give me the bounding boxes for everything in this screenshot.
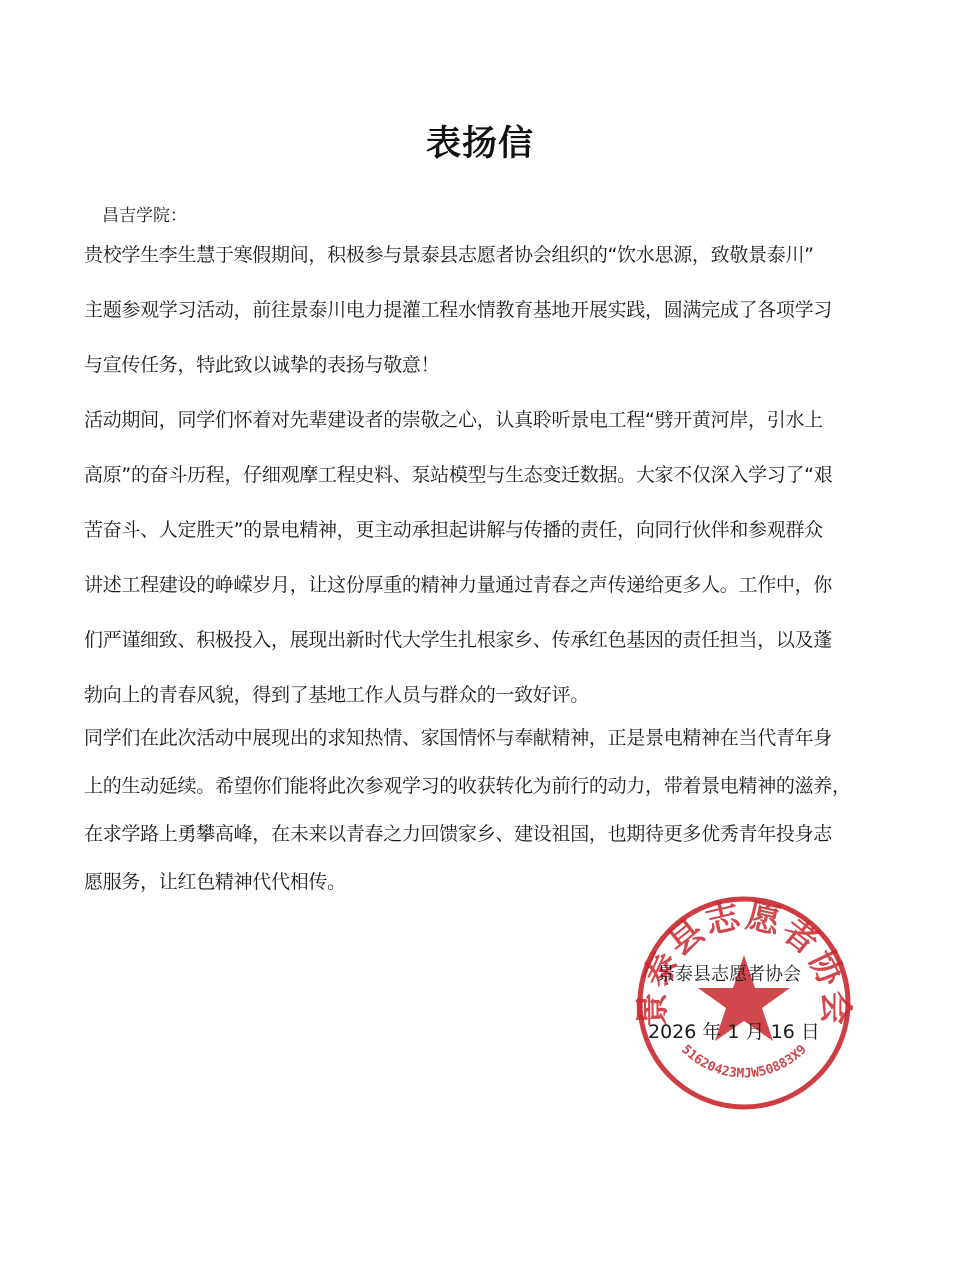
paragraph-1: 贵校学生李生慧于寒假期间，积极参与景泰县志愿者协会组织的“饮水思源，致敬景泰川”… (84, 228, 884, 393)
paragraph-line: 在求学路上勇攀高峰，在未来以青春之力回馈家乡、建设祖国，也期待更多优秀青年投身志 (84, 810, 884, 858)
seal-code: 51620423MJW50883X9 (678, 1042, 809, 1081)
paragraph-line: 们严谨细致、积极投入，展现出新时代大学生扎根家乡、传承红色基因的责任担当，以及蓬 (84, 613, 884, 668)
signature-organization: 景泰县志愿者协会 (657, 960, 801, 986)
paragraph-3: 同学们在此次活动中展现出的求知热情、家国情怀与奉献精神，正是景电精神在当代青年身… (84, 714, 884, 906)
paragraph-line: 上的生动延续。希望你们能将此次参观学习的收获转化为前行的动力，带着景电精神的滋养… (84, 762, 884, 810)
paragraph-line: 主题参观学习活动，前往景泰川电力提灌工程水情教育基地开展实践，圆满完成了各项学习 (84, 283, 884, 338)
paragraph-line: 讲述工程建设的峥嵘岁月，让这份厚重的精神力量通过青春之声传递给更多人。工作中，你 (84, 558, 884, 613)
paragraph-line: 活动期间，同学们怀着对先辈建设者的崇敬之心，认真聆听景电工程“劈开黄河岸，引水上 (84, 393, 884, 448)
paragraph-line: 与宣传任务，特此致以诚挚的表扬与敬意！ (84, 338, 884, 393)
paragraph-line: 同学们在此次活动中展现出的求知热情、家国情怀与奉献精神，正是景电精神在当代青年身 (84, 714, 884, 762)
paragraph-line: 高原”的奋斗历程，仔细观摩工程史料、泵站模型与生态变迁数据。大家不仅深入学习了“… (84, 448, 884, 503)
paragraph-line: 贵校学生李生慧于寒假期间，积极参与景泰县志愿者协会组织的“饮水思源，致敬景泰川” (84, 228, 884, 283)
official-seal: 景泰县志愿者协会 51620423MJW50883X9 (634, 893, 854, 1113)
letter-title: 表扬信 (0, 116, 960, 166)
paragraph-2: 活动期间，同学们怀着对先辈建设者的崇敬之心，认真聆听景电工程“劈开黄河岸，引水上… (84, 393, 884, 723)
svg-text:51620423MJW50883X9: 51620423MJW50883X9 (678, 1042, 809, 1081)
salutation: 昌吉学院： (102, 201, 187, 226)
paragraph-line: 苦奋斗、人定胜天”的景电精神，更主动承担起讲解与传播的责任，向同行伙伴和参观群众 (84, 503, 884, 558)
signature-date: 2026 年 1 月 16 日 (648, 1017, 820, 1044)
